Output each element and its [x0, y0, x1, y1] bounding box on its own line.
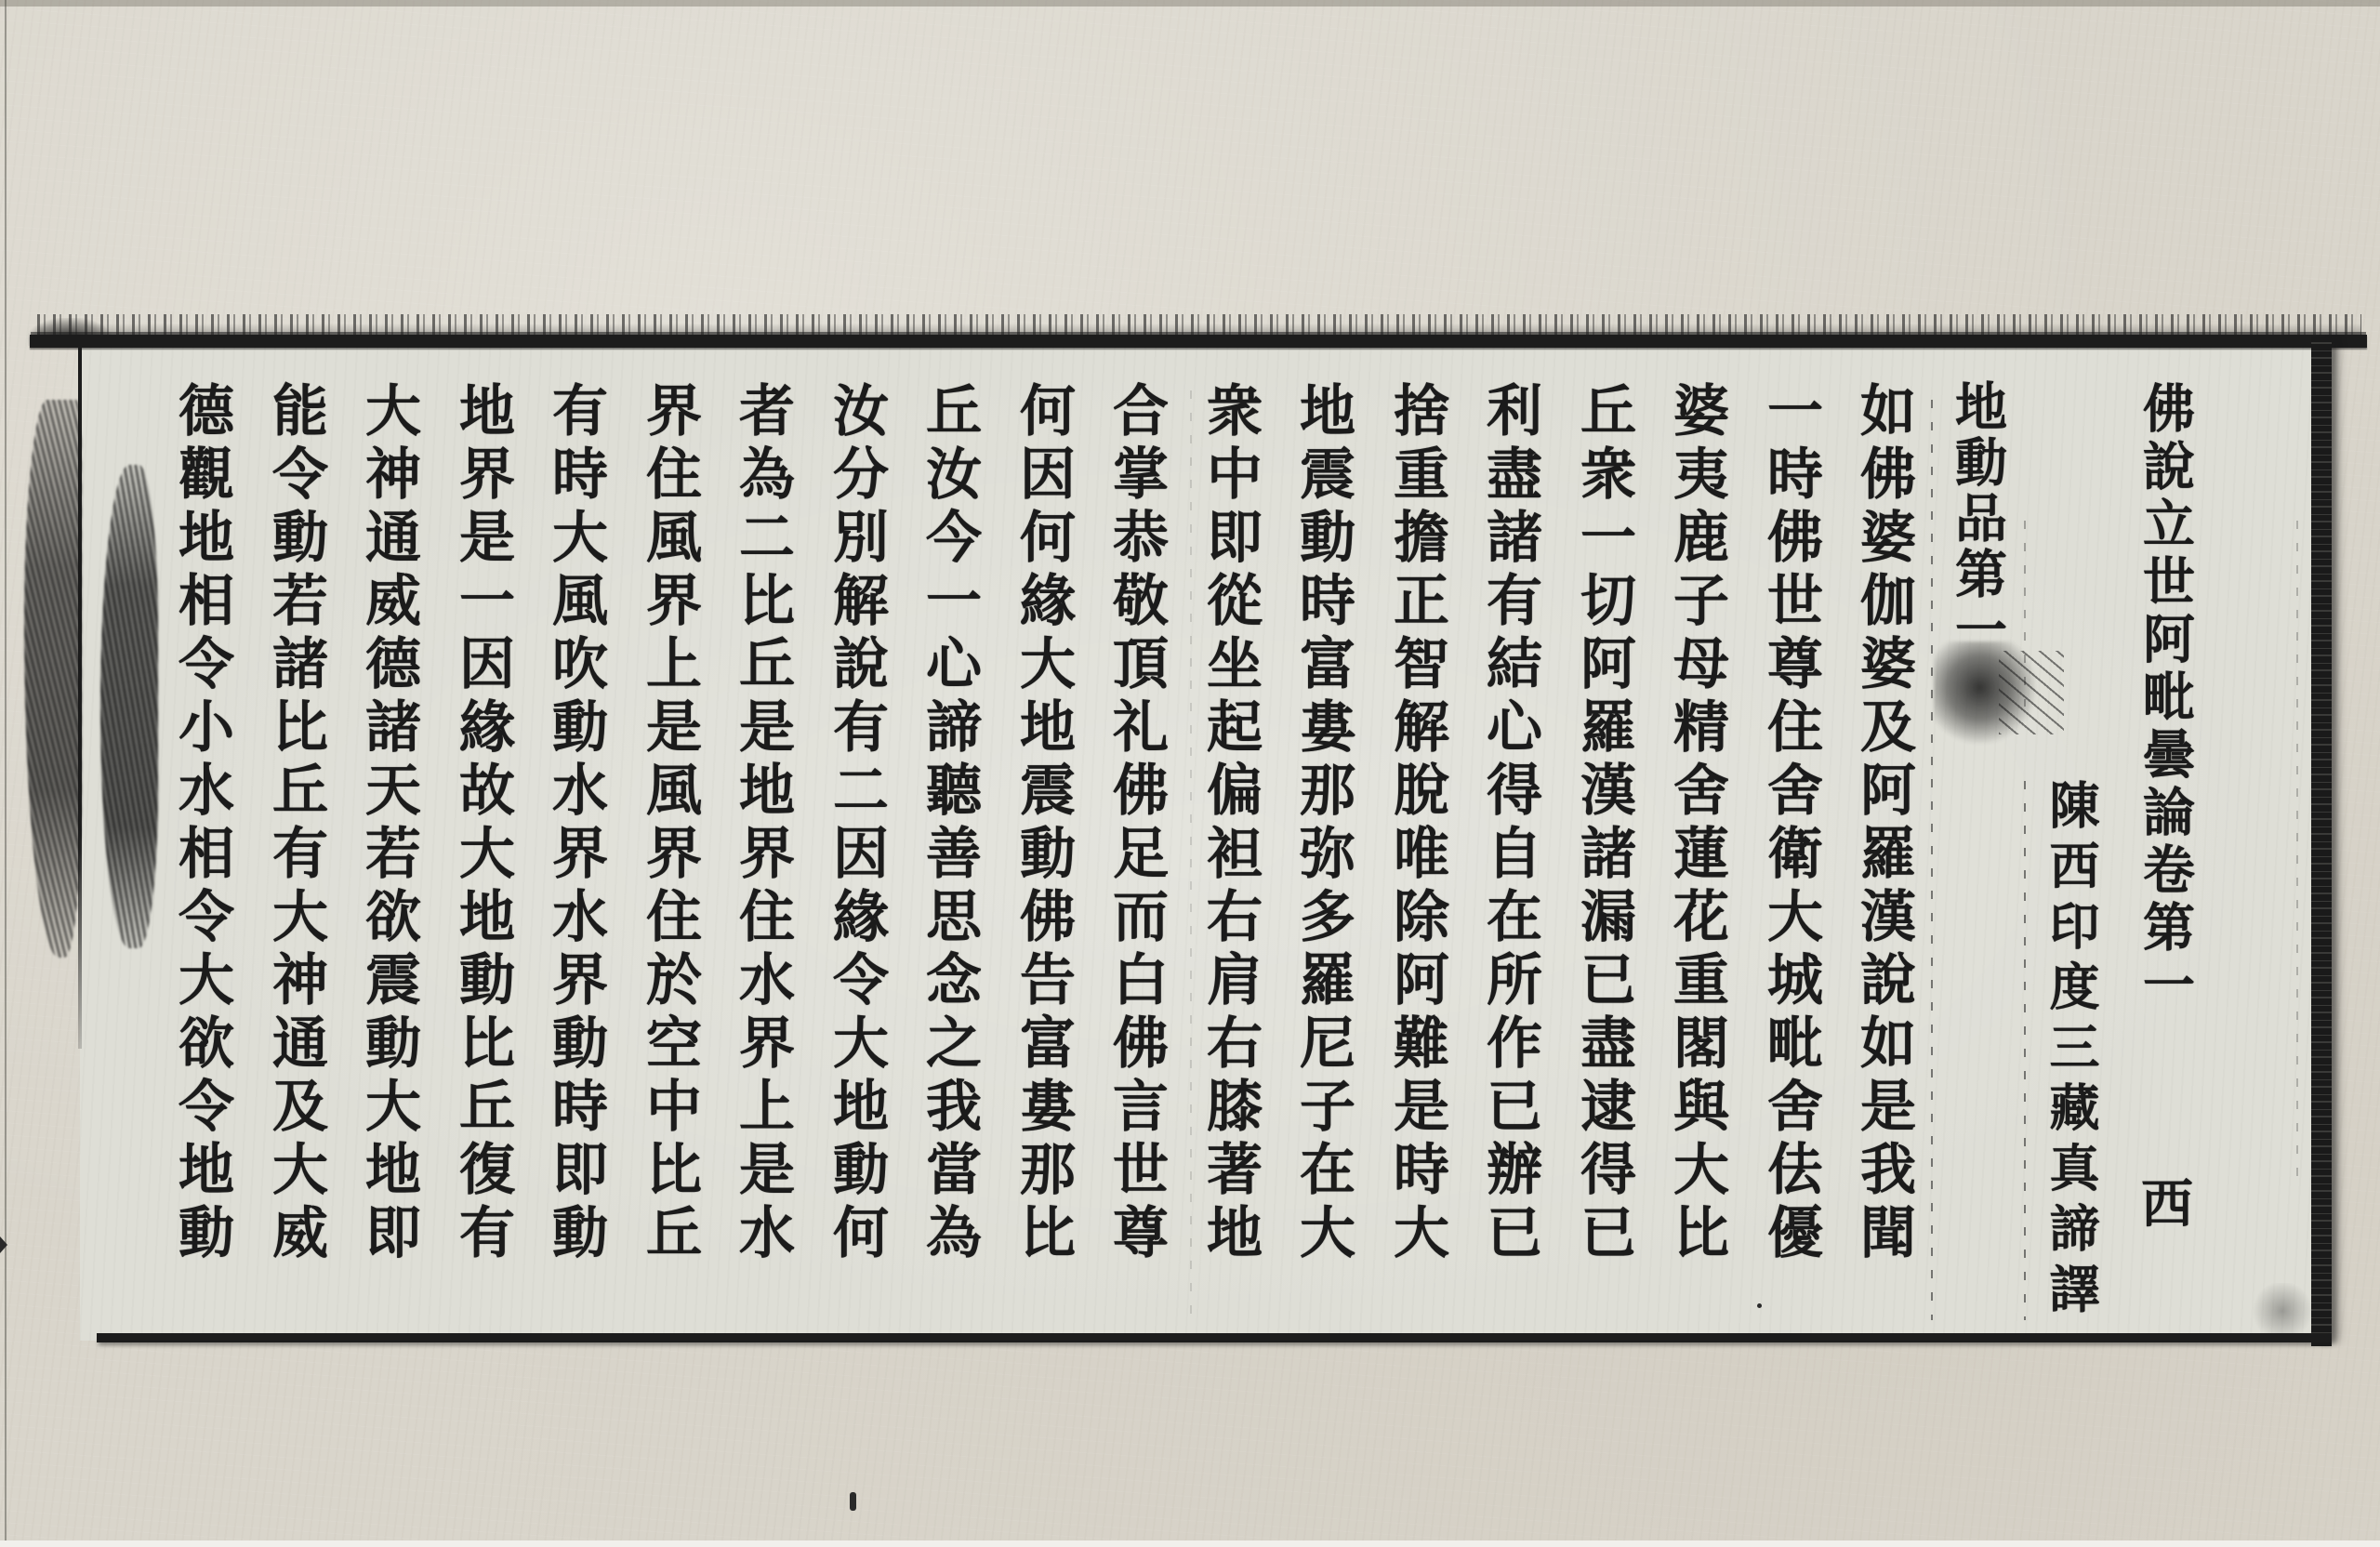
sutra-title: 佛說立世阿毗曇論卷第一	[2139, 381, 2191, 1015]
page-bottom-edge	[0, 1540, 2380, 1547]
text-column: 利盡諸有結心得自在所作已辦已	[1482, 381, 1538, 1266]
frame-bottom-border	[97, 1333, 2332, 1342]
ink-speckle-corner	[2250, 1283, 2315, 1339]
text-column: 德觀地相令小水相令大欲令地動	[174, 381, 230, 1266]
chapter-heading: 地動品第一	[1951, 379, 2003, 658]
edge-ink-mark	[0, 1236, 7, 1253]
text-column: 者為二比丘是地界住水界上是水	[734, 381, 790, 1266]
text-column: 地震動時富婁那弥多羅尼子在大	[1295, 381, 1351, 1266]
text-column: 何因何緣大地震動佛告富婁那比	[1015, 381, 1071, 1266]
case-number-mark: 西	[2137, 1176, 2189, 1228]
column-rule	[2024, 521, 2026, 707]
text-column: 有時大風吹動水界水界動時即動	[548, 381, 603, 1266]
page-top-edge	[0, 0, 2380, 7]
text-column: 捨重擔正智解脫唯除阿難是時大	[1389, 381, 1445, 1266]
text-column: 地界是一因緣故大地動比丘復有	[455, 381, 510, 1266]
text-column: 衆中即從坐起偏袒右肩右膝著地	[1202, 381, 1258, 1266]
text-column: 如佛婆伽婆及阿羅漢說如是我聞	[1856, 381, 1911, 1266]
ink-smudge-left-margin	[24, 400, 82, 958]
column-rule	[2024, 781, 2026, 1320]
text-column: 界住風界上是風界住於空中比丘	[641, 381, 697, 1266]
ink-smudge-left-inner	[100, 465, 158, 948]
column-rule	[2296, 521, 2298, 1190]
ink-scratch-chapter	[1999, 651, 2064, 734]
column-rule	[1931, 400, 1933, 1320]
text-column: 汝分別解說有二因緣令大地動何	[828, 381, 884, 1266]
frame-top-border	[30, 335, 2367, 348]
text-column: 一時佛世尊住舍衛大城毗舍佉優	[1763, 381, 1818, 1266]
column-rule	[1190, 390, 1192, 1320]
translator-line: 陳西印度三藏真諦譯	[2046, 779, 2096, 1323]
scanned-woodblock-page: { "document": { "title": "佛說立世阿毗曇論卷第一", …	[0, 0, 2380, 1547]
stray-ink-mark	[850, 1492, 856, 1511]
punctuation-dot	[1757, 1303, 1762, 1308]
text-column: 合掌恭敬頂礼佛足而白佛言世尊	[1108, 381, 1164, 1266]
text-column: 丘衆一切阿羅漢諸漏已盡逮得已	[1576, 381, 1632, 1266]
text-column: 大神通威德諸天若欲震動大地即	[361, 381, 416, 1266]
frame-top-ink-texture	[37, 314, 2361, 335]
frame-right-border	[2311, 337, 2332, 1346]
text-column: 能令動若諸比丘有大神通及大威	[268, 381, 324, 1266]
text-column: 婆夷鹿子母精舍蓮花重閣與大比	[1669, 381, 1725, 1266]
text-column: 丘汝今一心諦聽善思念之我當為	[921, 381, 977, 1266]
page-fold-line	[5, 0, 7, 1547]
